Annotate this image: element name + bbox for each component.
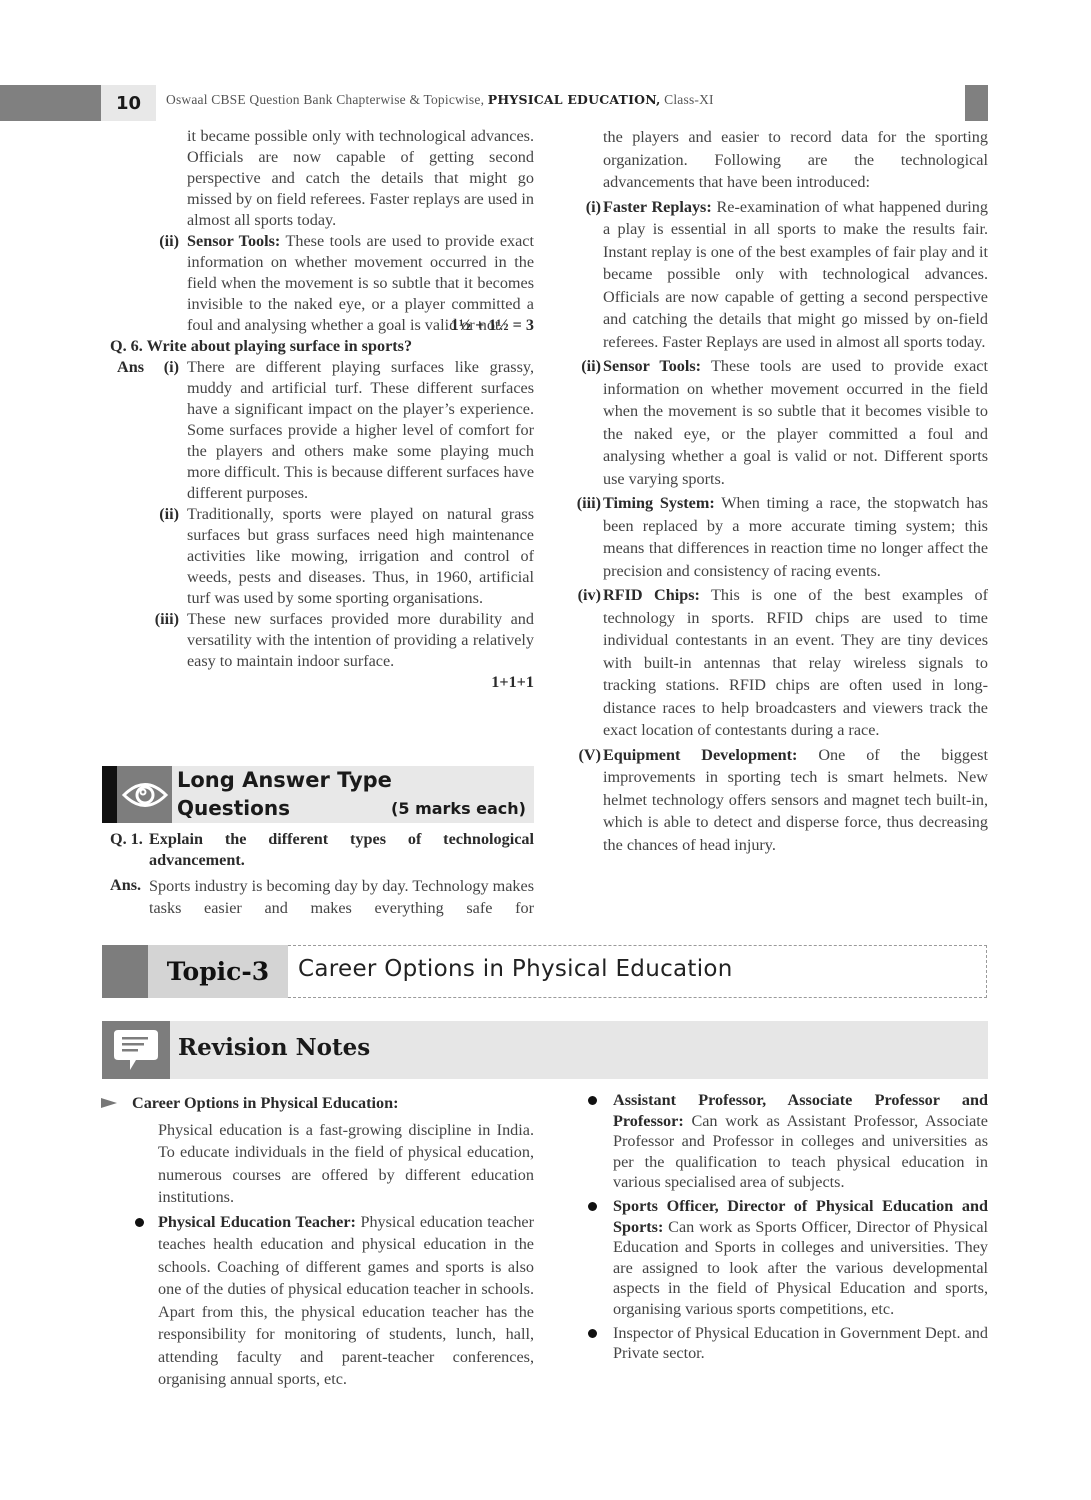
- bullet-icon: [135, 1218, 144, 1227]
- bullet-icon: [588, 1096, 597, 1105]
- continued-paragraph: the players and easier to record data fo…: [603, 126, 988, 194]
- item-text: There are different playing surfaces lik…: [187, 357, 534, 504]
- item-label: (iii): [143, 609, 179, 630]
- banner-accent: [102, 766, 117, 823]
- answer-item: (iii) These new surfaces provided more d…: [187, 609, 534, 672]
- tech-item: (i) Faster Replays: Re-examination of wh…: [603, 196, 988, 354]
- item-text: These new surfaces provided more durabil…: [187, 609, 534, 672]
- header-class: Class-XI: [661, 92, 714, 107]
- header-bar-left: [0, 85, 101, 121]
- item-label: (V): [573, 744, 601, 767]
- topic-title: Career Options in Physical Education: [298, 956, 733, 982]
- long-answer-q1: Q. 1. Explain the different types of tec…: [110, 829, 534, 919]
- career-bullet: Sports Officer, Director of Physical Edu…: [613, 1196, 988, 1320]
- page-number: 10: [101, 85, 156, 121]
- marks: 1+1+1: [110, 672, 534, 693]
- item-text: Re-examination of what happened during a…: [603, 198, 988, 351]
- career-bullet: Assistant Professor, Associate Professor…: [613, 1090, 988, 1193]
- banner-marks: (5 marks each): [391, 799, 526, 818]
- career-bullet: Inspector of Physical Education in Gover…: [613, 1323, 988, 1364]
- answer-label: Ans.: [110, 875, 148, 896]
- bullet-text: Can work as Sports Officer, Director of …: [613, 1218, 988, 1318]
- question-label: Q. 6.: [110, 337, 143, 355]
- bullet-text: Inspector of Physical Education in Gover…: [613, 1324, 988, 1363]
- tech-item: (V) Equipment Development: One of the bi…: [603, 744, 988, 857]
- item-label: (ii): [575, 355, 601, 378]
- arrow-bullet-icon: [101, 1098, 117, 1108]
- question-text: Explain the different types of technolog…: [149, 829, 534, 871]
- sensor-tools-item: (ii) Sensor Tools: These tools are used …: [187, 231, 534, 336]
- item-text: These tools are used to provide exact in…: [603, 357, 988, 488]
- answer-item: Ans (i) There are different playing surf…: [187, 357, 534, 504]
- long-answer-banner: Long Answer Type Questions (5 marks each…: [102, 766, 534, 823]
- bullet-icon: [588, 1329, 597, 1338]
- item-label: (iii): [570, 492, 601, 515]
- continued-paragraph: it became possible only with technologic…: [187, 126, 534, 231]
- item-title: Sensor Tools:: [603, 357, 701, 375]
- answer: Ans. Sports industry is becoming day by …: [149, 875, 534, 919]
- revision-left-column: Career Options in Physical Education: Ph…: [132, 1092, 534, 1391]
- item-text: Traditionally, sports were played on nat…: [187, 504, 534, 609]
- bullet-text: Physical education teacher teaches healt…: [158, 1213, 534, 1389]
- item-label: (ii): [147, 231, 179, 252]
- header-title-prefix: Oswaal CBSE Question Bank Chapterwise & …: [166, 92, 488, 107]
- revision-notes-title: Revision Notes: [178, 1034, 370, 1061]
- answer-label: Ans: [117, 357, 147, 378]
- topic-accent: [102, 945, 148, 998]
- tech-item: (iv) RFID Chips: This is one of the best…: [603, 584, 988, 742]
- tech-item: (iii) Timing System: When timing a race,…: [603, 492, 988, 582]
- speech-bubble-icon: [102, 1021, 170, 1079]
- item-title: Timing System:: [603, 494, 715, 512]
- career-bullet: Physical Education Teacher: Physical edu…: [158, 1211, 534, 1391]
- item-label: (iv): [573, 584, 601, 607]
- revision-heading: Career Options in Physical Education:: [132, 1092, 534, 1115]
- item-label: (i): [581, 196, 601, 219]
- right-column: the players and easier to record data fo…: [603, 126, 988, 856]
- eye-icon: [117, 766, 172, 823]
- running-header: Oswaal CBSE Question Bank Chapterwise & …: [166, 92, 714, 108]
- topic-label: Topic-3: [148, 945, 288, 998]
- question-1: Q. 1. Explain the different types of tec…: [149, 829, 534, 871]
- revision-intro: Physical education is a fast-growing dis…: [158, 1119, 534, 1209]
- item-label: (i): [147, 357, 179, 378]
- question-6: Q. 6. Write about playing surface in spo…: [110, 336, 534, 357]
- banner-title-line2: Questions: [177, 796, 290, 820]
- item-title: Sensor Tools:: [187, 232, 280, 250]
- item-title: RFID Chips:: [603, 586, 700, 604]
- header-bar-right: [965, 85, 988, 121]
- item-title: Faster Replays:: [603, 198, 712, 216]
- left-column: it became possible only with technologic…: [110, 126, 534, 693]
- item-title: Equipment Development:: [603, 746, 797, 764]
- question-label: Q. 1.: [110, 829, 148, 850]
- item-label: (ii): [147, 504, 179, 525]
- question-text: Write about playing surface in sports?: [147, 337, 412, 355]
- banner-title-line1: Long Answer Type: [177, 768, 392, 792]
- answer-item: (ii) Traditionally, sports were played o…: [187, 504, 534, 609]
- answer-text: Sports industry is becoming day by day. …: [149, 875, 534, 919]
- revision-right-column: Assistant Professor, Associate Professor…: [613, 1090, 988, 1364]
- item-text: This is one of the best examples of tech…: [603, 586, 988, 739]
- header-subject: PHYSICAL EDUCATION,: [488, 92, 661, 107]
- bullet-title: Physical Education Teacher:: [158, 1213, 356, 1231]
- tech-item: (ii) Sensor Tools: These tools are used …: [603, 355, 988, 490]
- bullet-icon: [588, 1202, 597, 1211]
